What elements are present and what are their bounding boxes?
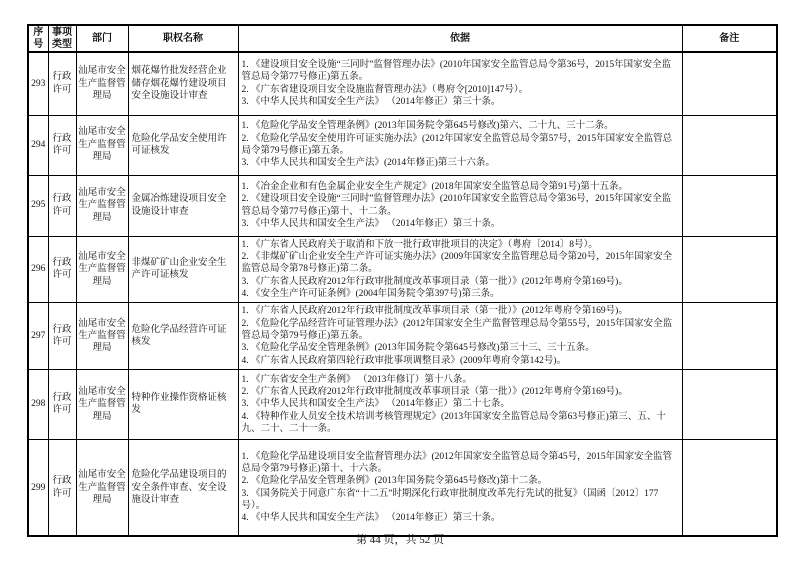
page-number: 第 44 页，共 52 页: [0, 531, 800, 547]
cell-authority-name: 特种作业操作资格证核发: [128, 369, 238, 439]
cell-item-type: 行政许可: [48, 115, 76, 175]
cell-department: 汕尾市安全生产监督管理局: [76, 175, 128, 236]
cell-department: 汕尾市安全生产监督管理局: [76, 115, 128, 175]
cell-item-type: 行政许可: [48, 175, 76, 236]
col-header-department: 部门: [76, 25, 128, 52]
basis-item: 4. 《中华人民共和国安全生产法》 （2014年修正）第三十条。: [242, 512, 679, 524]
col-header-authority-name: 职权名称: [128, 25, 238, 52]
table-row: 296 行政许可 汕尾市安全生产监督管理局 非煤矿矿山企业安全生产许可证核发 1…: [28, 236, 777, 303]
authority-table: 序号 事项类型 部门 职权名称 依据 备注 293 行政许可 汕尾市安全生产监督…: [27, 24, 778, 537]
cell-item-type: 行政许可: [48, 439, 76, 536]
col-header-item-type: 事项类型: [48, 25, 76, 52]
cell-authority-name: 危险化学品安全使用许可证核发: [128, 115, 238, 175]
table-row: 297 行政许可 汕尾市安全生产监督管理局 危险化学品经营许可证核发 1. 《广…: [28, 303, 777, 370]
basis-item: 2. 《非煤矿矿山企业安全生产许可证实施办法》(2009年国家安全监管理总局令第…: [242, 251, 679, 276]
col-header-legal-basis: 依据: [238, 25, 682, 52]
basis-item: 2. 《建设项目安全设施“三同时”监督管理办法》(2010年国家安全监管总局令第…: [242, 193, 679, 218]
cell-authority-name: 金属冶炼建设项目安全设施设计审查: [128, 175, 238, 236]
cell-serial-number: 299: [28, 439, 48, 536]
cell-remarks: [682, 303, 777, 370]
basis-item: 1. 《危险化学品建设项目安全监督管理办法》(2012年国家安全监管总局令第45…: [242, 451, 679, 476]
basis-item: 4. 《广东省人民政府第四轮行政审批事项调整目录》(2009年粤府令第142号)…: [242, 355, 679, 367]
table-header-row: 序号 事项类型 部门 职权名称 依据 备注: [28, 25, 777, 52]
basis-item: 2. 《危险化学品安全管理条例》(2013年国务院令第645号修改)第十二条。: [242, 475, 679, 487]
basis-item: 4. 《特种作业人员安全技术培训考核管理规定》(2013年国家安全监管总局令第6…: [242, 411, 679, 436]
cell-remarks: [682, 439, 777, 536]
basis-item: 2. 《广东省人民政府2012年行政审批制度改革事项目录（第一批）》(2012年…: [242, 386, 679, 398]
cell-authority-name: 烟花爆竹批发经营企业储存烟花爆竹建设项目安全设施设计审查: [128, 52, 238, 115]
cell-serial-number: 297: [28, 303, 48, 370]
cell-serial-number: 296: [28, 236, 48, 303]
basis-item: 3. 《广东省人民政府2012年行政审批制度改革事项目录（第一批）》(2012年…: [242, 276, 679, 288]
cell-item-type: 行政许可: [48, 52, 76, 115]
table-row: 293 行政许可 汕尾市安全生产监督管理局 烟花爆竹批发经营企业储存烟花爆竹建设…: [28, 52, 777, 115]
cell-item-type: 行政许可: [48, 303, 76, 370]
table-row: 295 行政许可 汕尾市安全生产监督管理局 金属冶炼建设项目安全设施设计审查 1…: [28, 175, 777, 236]
cell-legal-basis: 1. 《危险化学品安全管理条例》(2013年国务院令第645号修改)第六、二十九…: [238, 115, 682, 175]
basis-item: 1. 《冶金企业和有色金属企业安全生产规定》(2018年国家安全监管总局令第91…: [242, 181, 679, 193]
cell-item-type: 行政许可: [48, 369, 76, 439]
basis-item: 3. 《国务院关于同意广东省“十二五”时期深化行政审批制度改革先行先试的批复》（…: [242, 488, 679, 513]
cell-authority-name: 非煤矿矿山企业安全生产许可证核发: [128, 236, 238, 303]
basis-item: 2. 《广东省建设项目安全设施监督管理办法》（粤府令[2010]147号）。: [242, 84, 679, 96]
cell-legal-basis: 1. 《危险化学品建设项目安全监督管理办法》(2012年国家安全监管总局令第45…: [238, 439, 682, 536]
cell-remarks: [682, 52, 777, 115]
basis-item: 3. 《危险化学品安全管理条例》(2013年国务院令第645号修改)第三十三、三…: [242, 342, 679, 354]
cell-legal-basis: 1. 《冶金企业和有色金属企业安全生产规定》(2018年国家安全监管总局令第91…: [238, 175, 682, 236]
cell-department: 汕尾市安全生产监督管理局: [76, 303, 128, 370]
cell-serial-number: 294: [28, 115, 48, 175]
cell-serial-number: 293: [28, 52, 48, 115]
col-header-serial: 序号: [28, 25, 48, 52]
cell-serial-number: 295: [28, 175, 48, 236]
cell-legal-basis: 1. 《广东省安全生产条例》 （2013年修订）第十八条。 2. 《广东省人民政…: [238, 369, 682, 439]
cell-item-type: 行政许可: [48, 236, 76, 303]
cell-remarks: [682, 175, 777, 236]
basis-item: 2. 《危险化学品经营许可证管理办法》(2012年国家安全生产监督管理总局令第5…: [242, 318, 679, 343]
cell-legal-basis: 1. 《广东省人民政府关于取消和下放一批行政审批项目的决定》（粤府〔2014〕8…: [238, 236, 682, 303]
table-row: 299 行政许可 汕尾市安全生产监督管理局 危险化学品建设项目的安全条件审查、安…: [28, 439, 777, 536]
basis-item: 2. 《危险化学品安全使用许可证实施办法》(2012年国家安全监管总局令第57号…: [242, 133, 679, 158]
cell-remarks: [682, 115, 777, 175]
basis-item: 3. 《中华人民共和国安全生产法》 （2014年修正）第三十条。: [242, 96, 679, 108]
basis-item: 4. 《安全生产许可证条例》(2004年国务院令第397号)第三条。: [242, 288, 679, 300]
col-header-remarks: 备注: [682, 25, 777, 52]
table-row: 294 行政许可 汕尾市安全生产监督管理局 危险化学品安全使用许可证核发 1. …: [28, 115, 777, 175]
cell-department: 汕尾市安全生产监督管理局: [76, 439, 128, 536]
cell-serial-number: 298: [28, 369, 48, 439]
basis-item: 1. 《广东省人民政府关于取消和下放一批行政审批项目的决定》（粤府〔2014〕8…: [242, 239, 679, 251]
basis-item: 3. 《中华人民共和国安全生产法》 （2014年修正）第二十七条。: [242, 398, 679, 410]
cell-remarks: [682, 369, 777, 439]
cell-authority-name: 危险化学品经营许可证核发: [128, 303, 238, 370]
cell-legal-basis: 1. 《建设项目安全设施“三同时”监督管理办法》(2010年国家安全监管总局令第…: [238, 52, 682, 115]
table-row: 298 行政许可 汕尾市安全生产监督管理局 特种作业操作资格证核发 1. 《广东…: [28, 369, 777, 439]
cell-department: 汕尾市安全生产监督管理局: [76, 236, 128, 303]
basis-item: 1. 《危险化学品安全管理条例》(2013年国务院令第645号修改)第六、二十九…: [242, 120, 679, 132]
cell-authority-name: 危险化学品建设项目的安全条件审查、安全设施设计审查: [128, 439, 238, 536]
basis-item: 1. 《建设项目安全设施“三同时”监督管理办法》(2010年国家安全监管总局令第…: [242, 59, 679, 84]
cell-department: 汕尾市安全生产监督管理局: [76, 52, 128, 115]
basis-item: 1. 《广东省安全生产条例》 （2013年修订）第十八条。: [242, 374, 679, 386]
cell-remarks: [682, 236, 777, 303]
document-page: 序号 事项类型 部门 职权名称 依据 备注 293 行政许可 汕尾市安全生产监督…: [0, 0, 800, 565]
basis-item: 3. 《中华人民共和国安全生产法》 （2014年修正）第三十条。: [242, 218, 679, 230]
basis-item: 3. 《中华人民共和国安全生产法》(2014年修正)第三十六条。: [242, 157, 679, 169]
cell-legal-basis: 1. 《广东省人民政府2012年行政审批制度改革事项目录（第一批）》(2012年…: [238, 303, 682, 370]
basis-item: 1. 《广东省人民政府2012年行政审批制度改革事项目录（第一批）》(2012年…: [242, 305, 679, 317]
cell-department: 汕尾市安全生产监督管理局: [76, 369, 128, 439]
